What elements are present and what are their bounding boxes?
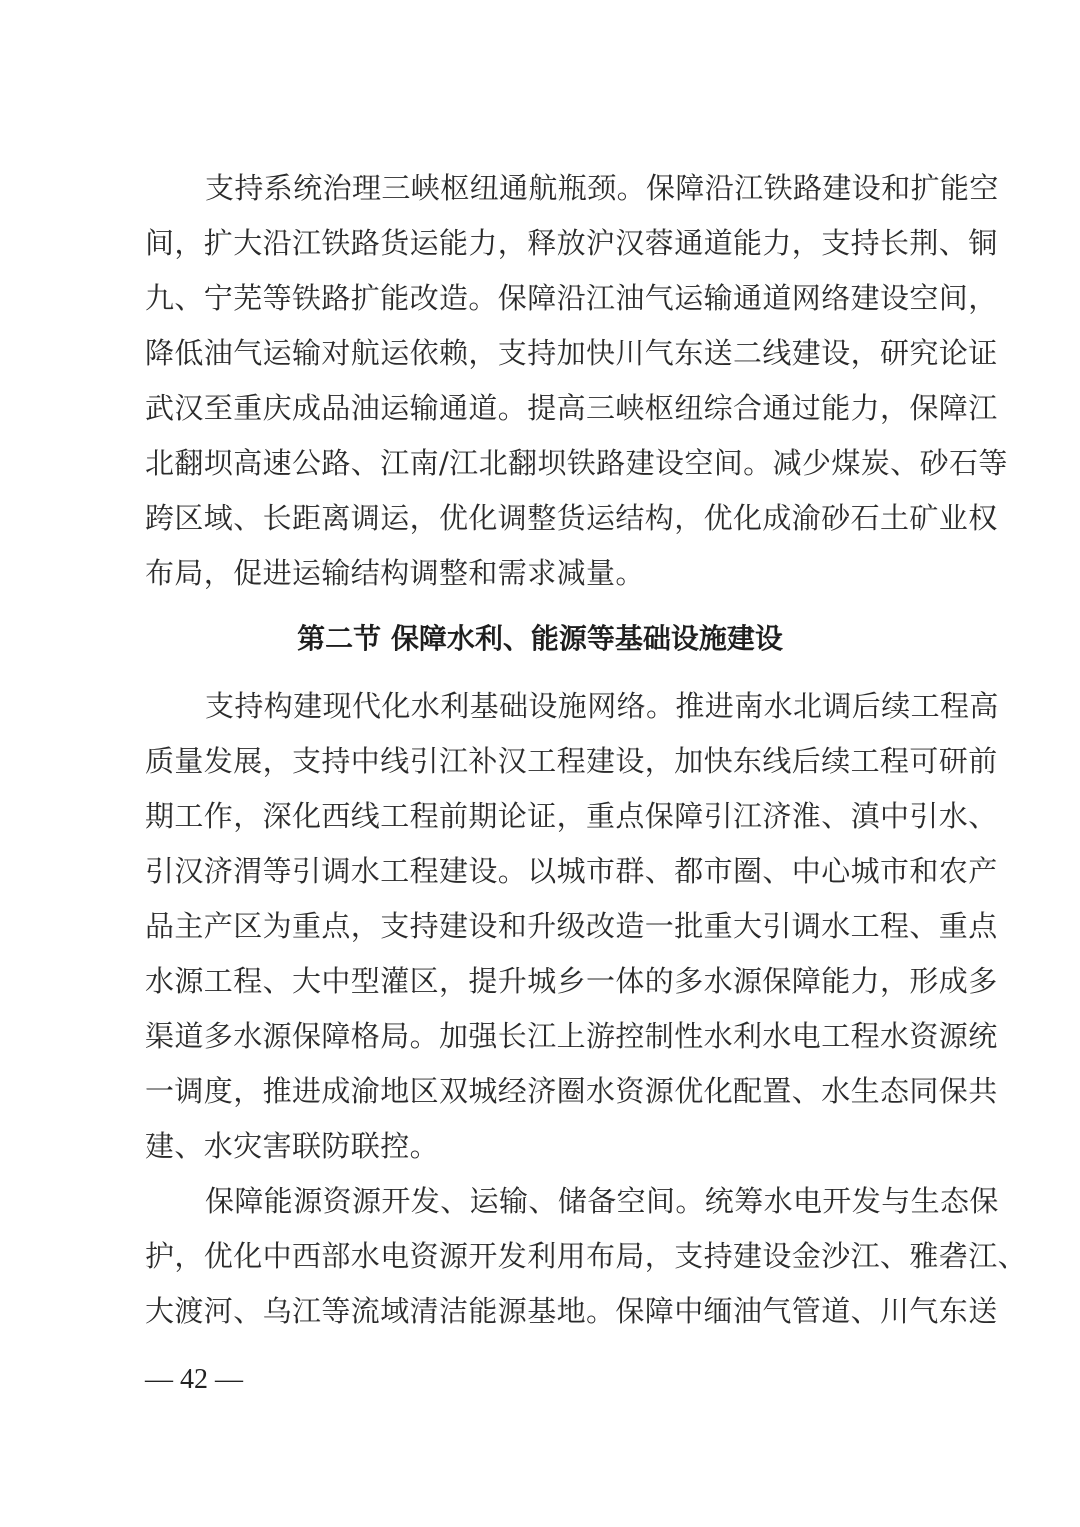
paragraph-3-line-1: 保障能源资源开发、运输、储备空间。统筹水电开发与生态保 — [205, 1181, 937, 1221]
paragraph-2-line-2: 质量发展，支持中线引江补汉工程建设，加快东线后续工程可研前 — [145, 741, 937, 781]
paragraph-3-line-2: 护，优化中西部水电资源开发利用布局，支持建设金沙江、雅砻江、 — [145, 1236, 937, 1276]
paragraph-2-line-3: 期工作，深化西线工程前期论证，重点保障引江济淮、滇中引水、 — [145, 796, 937, 836]
page-number: — 42 — — [145, 1362, 243, 1398]
paragraph-2-line-7: 渠道多水源保障格局。加强长江上游控制性水利水电工程水资源统 — [145, 1016, 937, 1056]
paragraph-2-line-1: 支持构建现代化水利基础设施网络。推进南水北调后续工程高 — [205, 686, 937, 726]
paragraph-1-line-1: 支持系统治理三峡枢纽通航瓶颈。保障沿江铁路建设和扩能空 — [205, 168, 937, 208]
section-heading: 第二节 保障水利、能源等基础设施建设 — [0, 618, 1080, 660]
paragraph-3-line-3: 大渡河、乌江等流域清洁能源基地。保障中缅油气管道、川气东送 — [145, 1291, 937, 1331]
paragraph-2-line-8: 一调度，推进成渝地区双城经济圈水资源优化配置、水生态同保共 — [145, 1071, 937, 1111]
paragraph-2-line-5: 品主产区为重点，支持建设和升级改造一批重大引调水工程、重点 — [145, 906, 937, 946]
paragraph-2-line-4: 引汉济渭等引调水工程建设。以城市群、都市圈、中心城市和农产 — [145, 851, 937, 891]
paragraph-1-line-3: 九、宁芜等铁路扩能改造。保障沿江油气运输通道网络建设空间， — [145, 278, 937, 318]
document-page: 支持系统治理三峡枢纽通航瓶颈。保障沿江铁路建设和扩能空 间，扩大沿江铁路货运能力… — [0, 0, 1080, 1527]
paragraph-1-line-4: 降低油气运输对航运依赖，支持加快川气东送二线建设，研究论证 — [145, 333, 937, 373]
paragraph-1-line-6: 北翻坝高速公路、江南/江北翻坝铁路建设空间。减少煤炭、砂石等 — [145, 443, 937, 483]
paragraph-1-line-5: 武汉至重庆成品油运输通道。提高三峡枢纽综合通过能力，保障江 — [145, 388, 937, 428]
paragraph-1-line-2: 间，扩大沿江铁路货运能力，释放沪汉蓉通道能力，支持长荆、铜 — [145, 223, 937, 263]
paragraph-2-line-6: 水源工程、大中型灌区，提升城乡一体的多水源保障能力，形成多 — [145, 961, 937, 1001]
paragraph-1-line-7: 跨区域、长距离调运，优化调整货运结构，优化成渝砂石土矿业权 — [145, 498, 937, 538]
paragraph-2-line-9: 建、水灾害联防联控。 — [145, 1126, 937, 1166]
paragraph-1-line-8: 布局，促进运输结构调整和需求减量。 — [145, 553, 937, 593]
